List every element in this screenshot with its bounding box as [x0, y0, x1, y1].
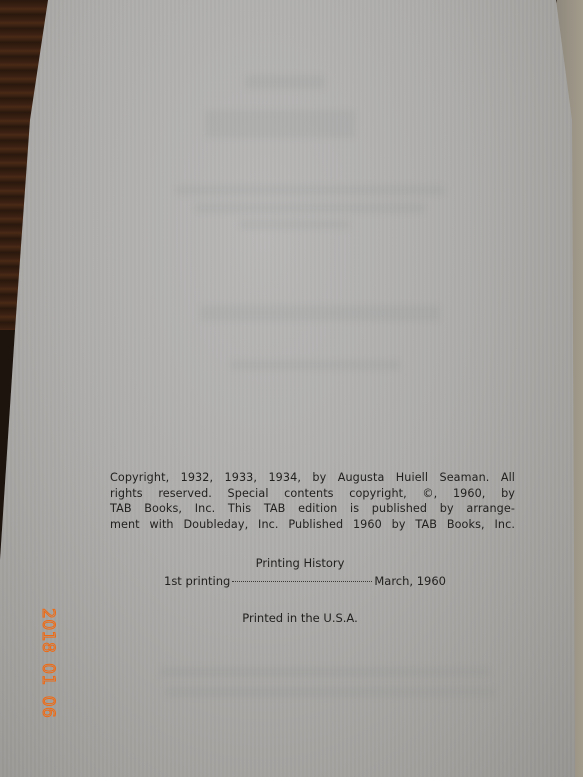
printing-entry: 1st printing March, 1960 — [164, 573, 446, 589]
printing-history: Printing History 1st printing March, 196… — [150, 555, 450, 589]
printing-history-title: Printing History — [150, 555, 450, 571]
show-through-author — [200, 305, 440, 321]
copyright-line: ment with Doubleday, Inc. Published 1960… — [110, 517, 515, 533]
book-page: Copyright, 1932, 1933, 1934, by Augusta … — [0, 0, 583, 777]
printing-entry-label: 1st printing — [164, 573, 230, 589]
show-through-title — [245, 75, 325, 89]
show-through-footer — [160, 667, 490, 677]
show-through-subtitle — [195, 203, 425, 213]
copyright-line: Copyright, 1932, 1933, 1934, by Augusta … — [110, 470, 515, 486]
show-through-title — [205, 110, 355, 138]
show-through-subtitle — [240, 220, 350, 229]
show-through-footer — [165, 687, 495, 697]
show-through-subtitle — [175, 185, 445, 195]
printing-entry-date: March, 1960 — [374, 573, 446, 589]
show-through-illustrator — [230, 360, 400, 370]
copyright-line: TAB Books, Inc. This TAB edition is publ… — [110, 501, 515, 517]
copyright-line: rights reserved. Special contents copyri… — [110, 486, 515, 502]
camera-date-stamp: 2018 01 06 — [36, 608, 58, 732]
dot-leader — [232, 581, 372, 582]
imprint-country: Printed in the U.S.A. — [150, 611, 450, 625]
copyright-notice: Copyright, 1932, 1933, 1934, by Augusta … — [110, 470, 515, 532]
